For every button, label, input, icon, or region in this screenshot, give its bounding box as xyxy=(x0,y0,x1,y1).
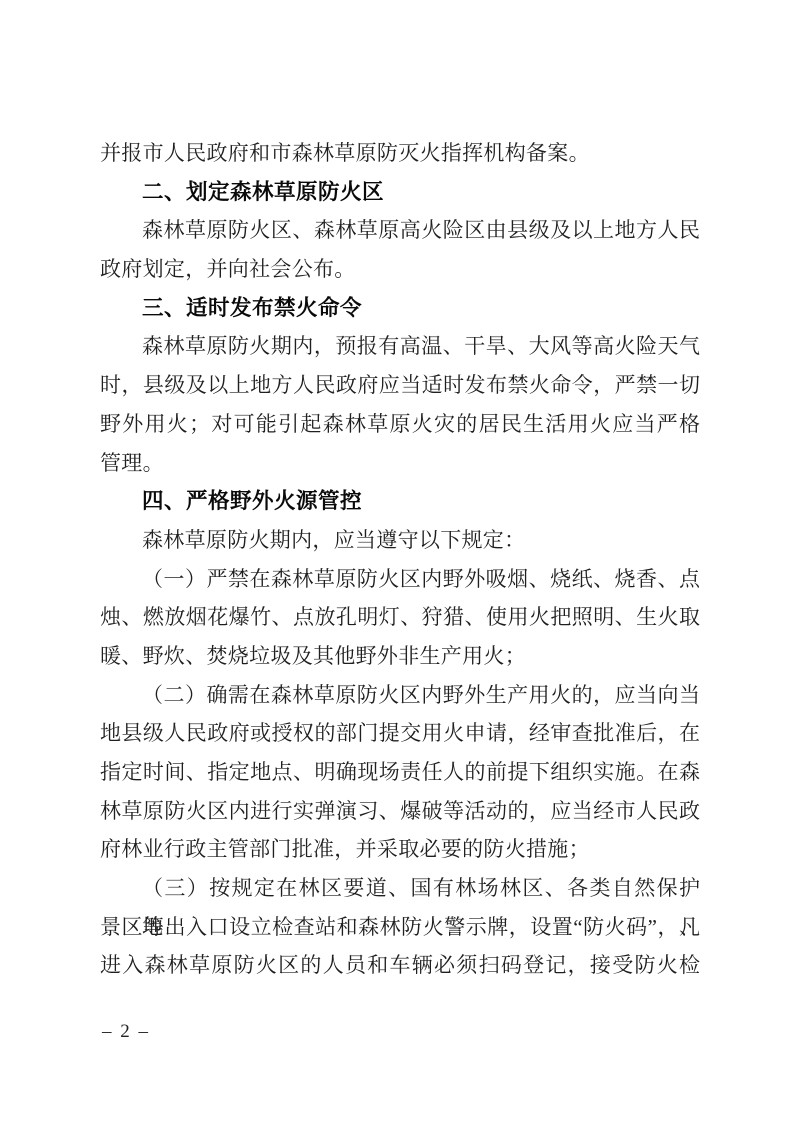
section-heading-2: 二、划定森林草原防火区 xyxy=(100,173,700,212)
paragraph-line: 进入森林草原防火区的人员和车辆必须扫码登记，接受防火检 xyxy=(100,946,700,985)
paragraph-line: 森林草原防火期内，预报有高温、干旱、大风等高火险天气 xyxy=(100,327,700,366)
paragraph-line: （三）按规定在林区要道、国有林场林区、各类自然保护地、 xyxy=(100,869,700,908)
section-heading-4: 四、严格野外火源管控 xyxy=(100,482,700,521)
paragraph-line: 地县级人民政府或授权的部门提交用火申请，经审查批准后，在 xyxy=(100,714,700,753)
paragraph-line: 森林草原防火期内，应当遵守以下规定： xyxy=(100,521,700,560)
paragraph-line: （二）确需在森林草原防火区内野外生产用火的，应当向当 xyxy=(100,676,700,715)
paragraph-line: 府林业行政主管部门批准，并采取必要的防火措施； xyxy=(100,830,700,869)
page-number: – 2 – xyxy=(102,1013,150,1051)
paragraph-line: 管理。 xyxy=(100,444,700,483)
document-page: 并报市人民政府和市森林草原防灭火指挥机构备案。 二、划定森林草原防火区 森林草原… xyxy=(0,0,793,1122)
paragraph-line: 政府划定，并向社会公布。 xyxy=(100,250,700,289)
paragraph-line: （一）严禁在森林草原防火区内野外吸烟、烧纸、烧香、点 xyxy=(100,560,700,599)
paragraph-line: 暖、野炊、焚烧垃圾及其他野外非生产用火； xyxy=(100,637,700,676)
document-body: 并报市人民政府和市森林草原防灭火指挥机构备案。 二、划定森林草原防火区 森林草原… xyxy=(100,134,700,985)
paragraph-line: 野外用火；对可能引起森林草原火灾的居民生活用火应当严格 xyxy=(100,405,700,444)
paragraph-line: 时，县级及以上地方人民政府应当适时发布禁火命令，严禁一切 xyxy=(100,366,700,405)
section-heading-3: 三、适时发布禁火命令 xyxy=(100,289,700,328)
paragraph-line: 景区等出入口设立检查站和森林防火警示牌，设置“防火码”，凡 xyxy=(100,908,700,947)
paragraph-line: 林草原防火区内进行实弹演习、爆破等活动的，应当经市人民政 xyxy=(100,792,700,831)
paragraph-line: 森林草原防火区、森林草原高火险区由县级及以上地方人民 xyxy=(100,211,700,250)
paragraph-line: 烛、燃放烟花爆竹、点放孔明灯、狩猎、使用火把照明、生火取 xyxy=(100,598,700,637)
paragraph-line: 并报市人民政府和市森林草原防灭火指挥机构备案。 xyxy=(100,134,700,173)
paragraph-line: 指定时间、指定地点、明确现场责任人的前提下组织实施。在森 xyxy=(100,753,700,792)
